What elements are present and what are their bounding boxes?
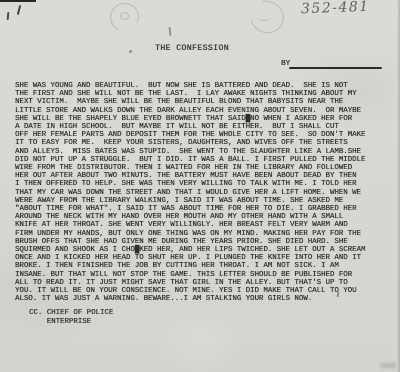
handwritten-tick-mark [7, 12, 10, 20]
scan-edge-line [0, 0, 36, 2]
byline-signature-line [289, 67, 382, 69]
stray-pen-mark [169, 27, 172, 36]
corner-smudge [380, 363, 396, 368]
circular-stain-mark [258, 14, 270, 21]
stray-dot-mark [129, 50, 132, 53]
cc-block: CC. CHIEF OF POLICE ENTERPRISE [29, 309, 113, 327]
handwritten-tick-mark [17, 5, 21, 15]
letter-title: THE CONFESSION [155, 44, 229, 53]
circular-stain-mark [120, 12, 129, 20]
handwritten-doc-number: 352-481 [301, 0, 370, 17]
scanned-letter-page: 352-481 THE CONFESSION BY SHE WAS YOUNG … [0, 0, 400, 372]
letter-body-text: SHE WAS YOUNG AND BEAUTIFUL. BUT NOW SHE… [15, 82, 365, 303]
